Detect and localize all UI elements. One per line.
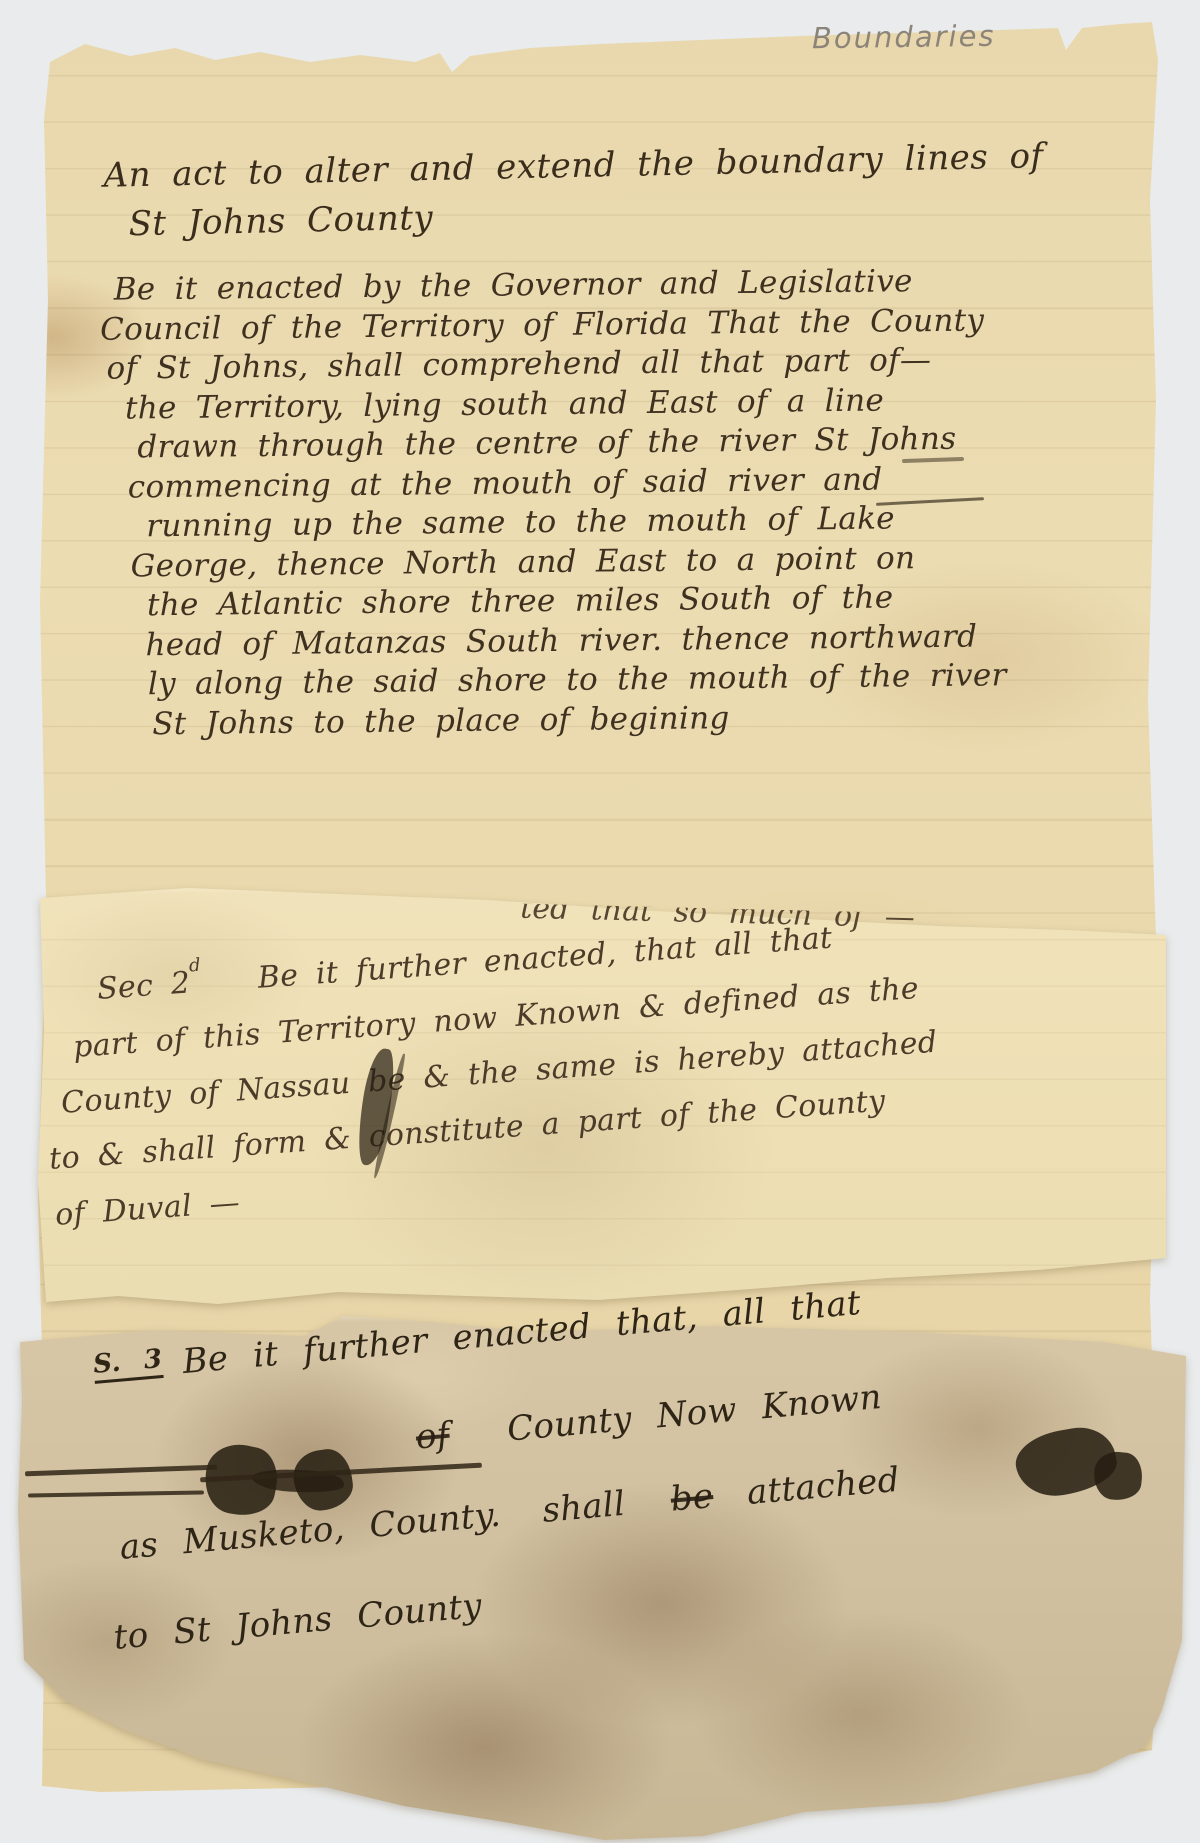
section1-body: Be it enacted by the Governor and Legisl… bbox=[98, 261, 1008, 744]
section2-heading: Sec 2 bbox=[96, 965, 191, 1006]
document-title: An act to alter and extend the boundary … bbox=[99, 132, 1045, 250]
section2-heading-sup: d bbox=[188, 955, 201, 977]
struck-text: be bbox=[669, 1476, 715, 1520]
scanned-manuscript: Boundaries An act to alter and extend th… bbox=[0, 0, 1200, 1843]
section3-heading: S. 3 bbox=[92, 1344, 164, 1384]
section3-text: shall bbox=[541, 1484, 627, 1531]
pencil-annotation: Boundaries bbox=[812, 19, 996, 56]
pasted-slip-section3 bbox=[14, 1310, 1190, 1843]
slip3-paper bbox=[14, 1310, 1190, 1843]
struck-text: of bbox=[414, 1415, 451, 1458]
